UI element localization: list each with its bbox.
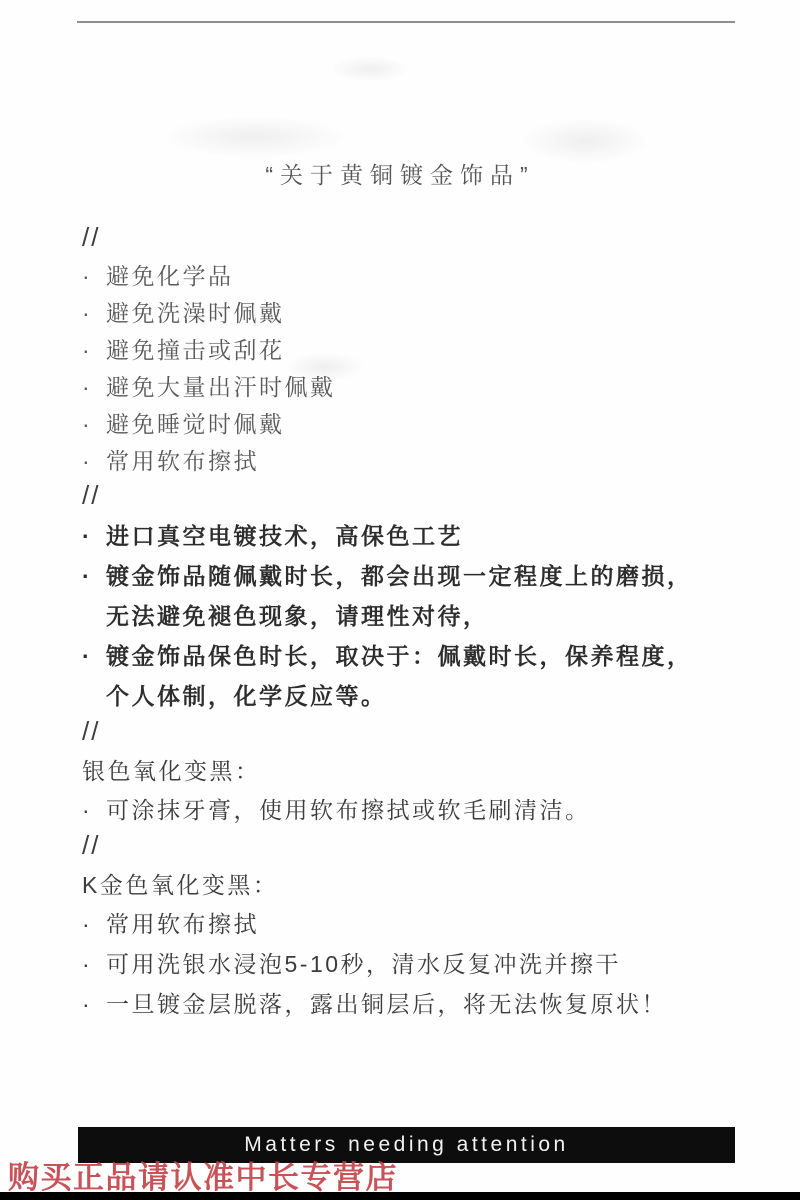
bullet-dot: · xyxy=(82,904,106,944)
list-item-text: 一旦镀金层脱落，露出铜层后，将无法恢复原状！ xyxy=(106,984,667,1024)
page-title: “关于黄铜镀金饰品” xyxy=(0,157,800,190)
bullet-dot: · xyxy=(82,636,106,676)
list-item: · 避免睡觉时佩戴 xyxy=(82,406,750,443)
list-item-text: 常用软布擦拭 xyxy=(106,443,259,480)
top-divider-line xyxy=(77,21,735,23)
list-item: · 可涂抹牙膏，使用软布擦拭或软毛刷清洁。 xyxy=(82,790,750,830)
jewelry-care-notice-page: “关于黄铜镀金饰品” // · 避免化学品 · 避免洗澡时佩戴 · 避免撞击或刮… xyxy=(0,0,800,1200)
list-item-text: 无法避免褪色现象，请理性对待， xyxy=(106,596,489,636)
list-item-text: 个人体制，化学反应等。 xyxy=(106,676,387,716)
watermark-smudge xyxy=(330,56,410,82)
list-item-text: 可用洗银水浸泡5-10秒，清水反复冲洗并擦干 xyxy=(106,944,621,984)
bullet-dot: · xyxy=(82,295,106,332)
section-marker: // xyxy=(82,222,750,258)
store-watermark-text: 购买正品请认准中长专营店 xyxy=(8,1152,398,1197)
section-marker: // xyxy=(82,830,750,866)
list-item-text: 避免化学品 xyxy=(106,258,234,295)
care-notes: // · 避免化学品 · 避免洗澡时佩戴 · 避免撞击或刮花 · 避免大量出汗时… xyxy=(82,222,750,1024)
bullet-dot: · xyxy=(82,984,106,1024)
bullet-dot: · xyxy=(82,944,106,984)
list-item-text: 可涂抹牙膏，使用软布擦拭或软毛刷清洁。 xyxy=(106,790,591,830)
list-item: · 避免撞击或刮花 xyxy=(82,332,750,369)
section-heading: K金色氧化变黑： xyxy=(82,866,750,904)
care-section-kgold: // K金色氧化变黑： · 常用软布擦拭 · 可用洗银水浸泡5-10秒，清水反复… xyxy=(82,830,750,1024)
section-heading: 银色氧化变黑： xyxy=(82,752,750,790)
bullet-dot: · xyxy=(82,790,106,830)
bullet-dot: · xyxy=(82,369,106,406)
list-item: · 避免洗澡时佩戴 xyxy=(82,295,750,332)
care-section-plating: // · 进口真空电镀技术，高保色工艺 · 镀金饰品随佩戴时长，都会出现一定程度… xyxy=(82,480,750,716)
list-item: · 避免化学品 xyxy=(82,258,750,295)
list-item-text: 镀金饰品保色时长，取决于：佩戴时长，保养程度， xyxy=(106,636,693,676)
list-item-continuation: 个人体制，化学反应等。 xyxy=(82,676,750,716)
section-marker: // xyxy=(82,716,750,752)
bullet-dot: · xyxy=(82,443,106,480)
list-item-text: 镀金饰品随佩戴时长，都会出现一定程度上的磨损， xyxy=(106,556,693,596)
bullet-dot: · xyxy=(82,258,106,295)
list-item-continuation: 无法避免褪色现象，请理性对待， xyxy=(82,596,750,636)
list-item-text: 进口真空电镀技术，高保色工艺 xyxy=(106,516,463,556)
list-item: · 常用软布擦拭 xyxy=(82,443,750,480)
bullet-dot: · xyxy=(82,556,106,596)
list-item-text: 避免洗澡时佩戴 xyxy=(106,295,285,332)
list-item: · 常用软布擦拭 xyxy=(82,904,750,944)
bullet-dot: · xyxy=(82,516,106,556)
list-item: · 避免大量出汗时佩戴 xyxy=(82,369,750,406)
list-item: · 一旦镀金层脱落，露出铜层后，将无法恢复原状！ xyxy=(82,984,750,1024)
list-item-text: 常用软布擦拭 xyxy=(106,904,259,944)
watermark-smudge xyxy=(160,116,350,158)
care-section-silver: // 银色氧化变黑： · 可涂抹牙膏，使用软布擦拭或软毛刷清洁。 xyxy=(82,716,750,830)
list-item: · 镀金饰品保色时长，取决于：佩戴时长，保养程度， xyxy=(82,636,750,676)
list-item-text: 避免睡觉时佩戴 xyxy=(106,406,285,443)
bullet-dot: · xyxy=(82,406,106,443)
list-item-text: 避免大量出汗时佩戴 xyxy=(106,369,336,406)
bullet-dot: · xyxy=(82,332,106,369)
care-section-basic: // · 避免化学品 · 避免洗澡时佩戴 · 避免撞击或刮花 · 避免大量出汗时… xyxy=(82,222,750,480)
list-item: · 进口真空电镀技术，高保色工艺 xyxy=(82,516,750,556)
list-item-text: 避免撞击或刮花 xyxy=(106,332,285,369)
section-marker: // xyxy=(82,480,750,516)
list-item: · 可用洗银水浸泡5-10秒，清水反复冲洗并擦干 xyxy=(82,944,750,984)
list-item: · 镀金饰品随佩戴时长，都会出现一定程度上的磨损， xyxy=(82,556,750,596)
